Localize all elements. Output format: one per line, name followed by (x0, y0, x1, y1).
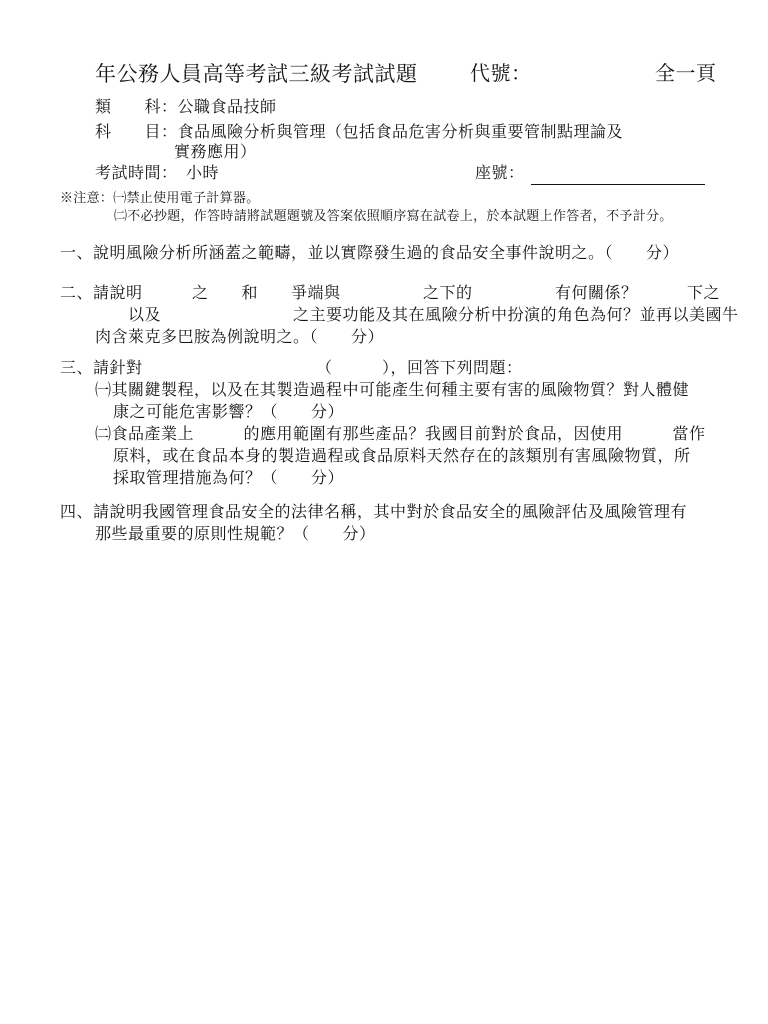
page-count-label: 全一頁 (655, 63, 717, 86)
question-4-line-1: 四、請說明我國管理食品安全的法律名稱，其中對於食品安全的風險評估及風險管理有 (60, 504, 687, 522)
subject-line-1: 科 目：食品風險分析與管理（包括食品危害分析與重要管制點理論及 (95, 124, 623, 142)
notice-line-1: ※注意：㈠禁止使用電子計算器。 (60, 191, 260, 206)
exam-paper-page: 年公務人員高等考試三級考試試題 代號： 全一頁 類 科：公職食品技師 科 目：食… (0, 0, 768, 1024)
question-3-sub2-line-3: 採取管理措施為何？（ 分） (113, 470, 344, 488)
question-3-line-1: 三、請針對 （ ），回答下列問題： (60, 360, 523, 378)
question-2-line-2: 以及 之主要功能及其在風險分析中扮演的角色為何？並再以美國牛 (95, 307, 739, 325)
question-3-sub1-line-2: 康之可能危害影響？（ 分） (113, 404, 344, 422)
subject-line-2: 實務應用） (174, 144, 257, 162)
question-2-line-1: 二、請說明 之 和 爭端與 之下的 有何關係？ 下之 (60, 285, 720, 303)
exam-title: 年公務人員高等考試三級考試試題 (95, 62, 418, 86)
notice-line-2: ㈡不必抄題，作答時請將試題題號及答案依照順序寫在試卷上，於本試題上作答者，不予計… (114, 209, 673, 224)
exam-time-line: 考試時間： 小時 (95, 165, 219, 183)
question-3-sub2-line-1: ㈡食品產業上 的應用範圍有那些產品？我國目前對於食品，因使用 當作 (95, 426, 706, 444)
question-4-line-2: 那些最重要的原則性規範？（ 分） (95, 526, 376, 544)
question-1-line-1: 一、說明風險分析所涵蓋之範疇，並以實際發生過的食品安全事件說明之。（ 分） (60, 245, 679, 263)
question-2-line-3: 肉含萊克多巴胺為例說明之。（ 分） (95, 329, 384, 347)
question-3-sub1-line-1: ㈠其關鍵製程，以及在其製造過程中可能產生何種主要有害的風險物質？對人體健 (95, 382, 689, 400)
question-3-sub2-line-2: 原料，或在食品本身的製造過程或食品原料天然存在的該類別有害風險物質，所 (113, 448, 691, 466)
code-label: 代號： (470, 63, 532, 86)
seat-number-blank-line (531, 168, 705, 185)
seat-number-label: 座號： (475, 165, 525, 183)
category-line: 類 科：公職食品技師 (95, 99, 277, 117)
